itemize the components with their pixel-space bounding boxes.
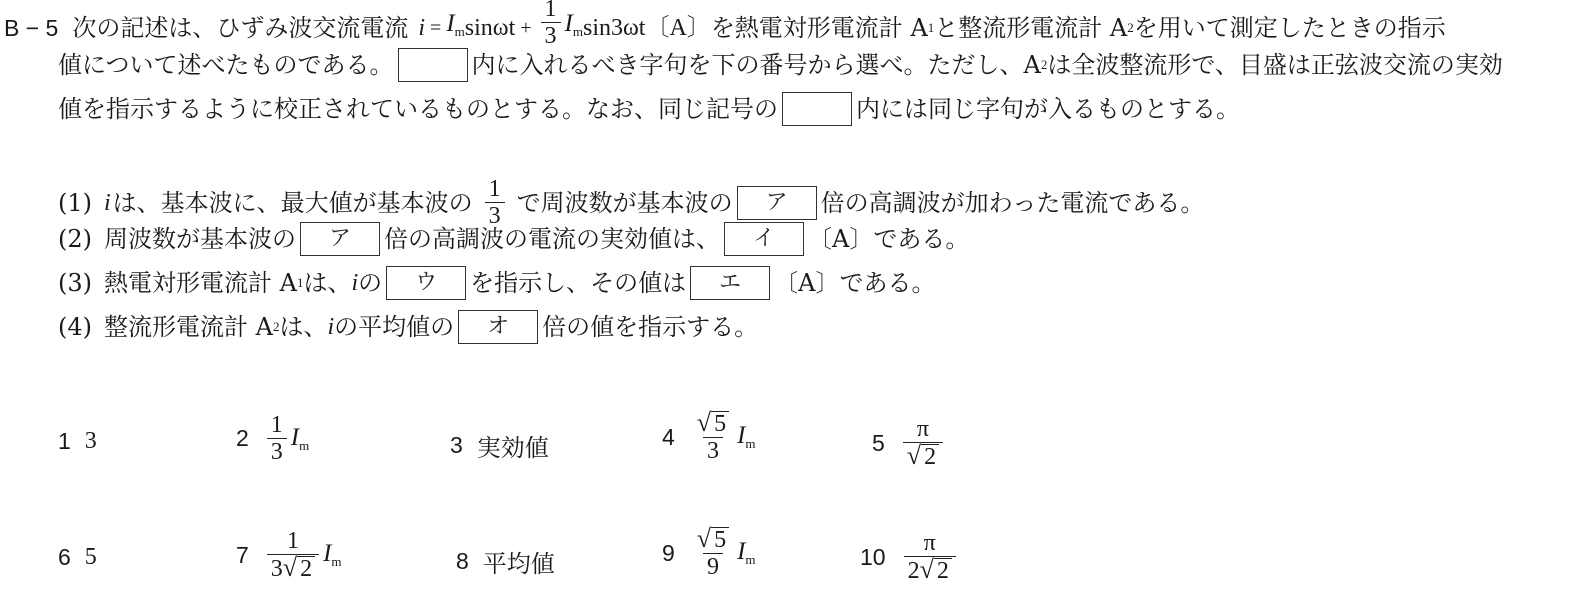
intro-text: 次の記述は、ひずみ波交流電流	[72, 12, 408, 44]
question-number: B − 5	[4, 12, 58, 44]
question-line-1: B − 5 次の記述は、ひずみ波交流電流 i = Im sinωt + 1 3 …	[4, 6, 1446, 49]
formula-fraction: 1 3	[541, 0, 561, 49]
statement-4: (4) 整流形電流計 A2 は、 i の平均値の オ 倍の値を指示する。	[58, 310, 758, 344]
choice-6[interactable]: 6 5	[58, 544, 97, 571]
blank-a[interactable]: ア	[300, 222, 380, 256]
choice-10[interactable]: 10 π 2√2	[860, 530, 960, 584]
choice-8[interactable]: 8 平均値	[456, 544, 555, 579]
choice-5[interactable]: 5 π √2	[872, 416, 947, 470]
choice-9[interactable]: 9 √5 9 Im	[662, 526, 756, 580]
blank-box-example	[398, 48, 468, 82]
choice-3[interactable]: 3 実効値	[450, 428, 549, 463]
statement-2: (2) 周波数が基本波の ア 倍の高調波の電流の実効値は、 イ 〔A〕である。	[58, 222, 969, 256]
blank-u[interactable]: ウ	[386, 266, 466, 300]
choice-2[interactable]: 2 13 Im	[236, 412, 309, 465]
blank-i[interactable]: イ	[724, 222, 804, 256]
formula: i = Im sinωt + 1 3 Im sin3ωt 〔A〕	[418, 6, 710, 49]
choice-4[interactable]: 4 √5 3 Im	[662, 410, 756, 464]
question-line-3: 値を指示するように校正されているものとする。なお、同じ記号の 内には同じ字句が入…	[58, 92, 1240, 126]
blank-e[interactable]: エ	[690, 266, 770, 300]
question-line-2: 値について述べたものである。 内に入れるべき字句を下の番号から選べ。ただし、A2…	[58, 48, 1503, 82]
choice-7[interactable]: 7 1 3√2 Im	[236, 528, 342, 582]
statement-3: (3) 熱電対形電流計 A1 は、 i の ウ を指示し、その値は エ 〔A〕で…	[58, 266, 935, 300]
blank-box-example	[782, 92, 852, 126]
blank-a[interactable]: ア	[737, 186, 817, 220]
blank-o[interactable]: オ	[458, 310, 538, 344]
choice-1[interactable]: 1 3	[58, 428, 97, 455]
